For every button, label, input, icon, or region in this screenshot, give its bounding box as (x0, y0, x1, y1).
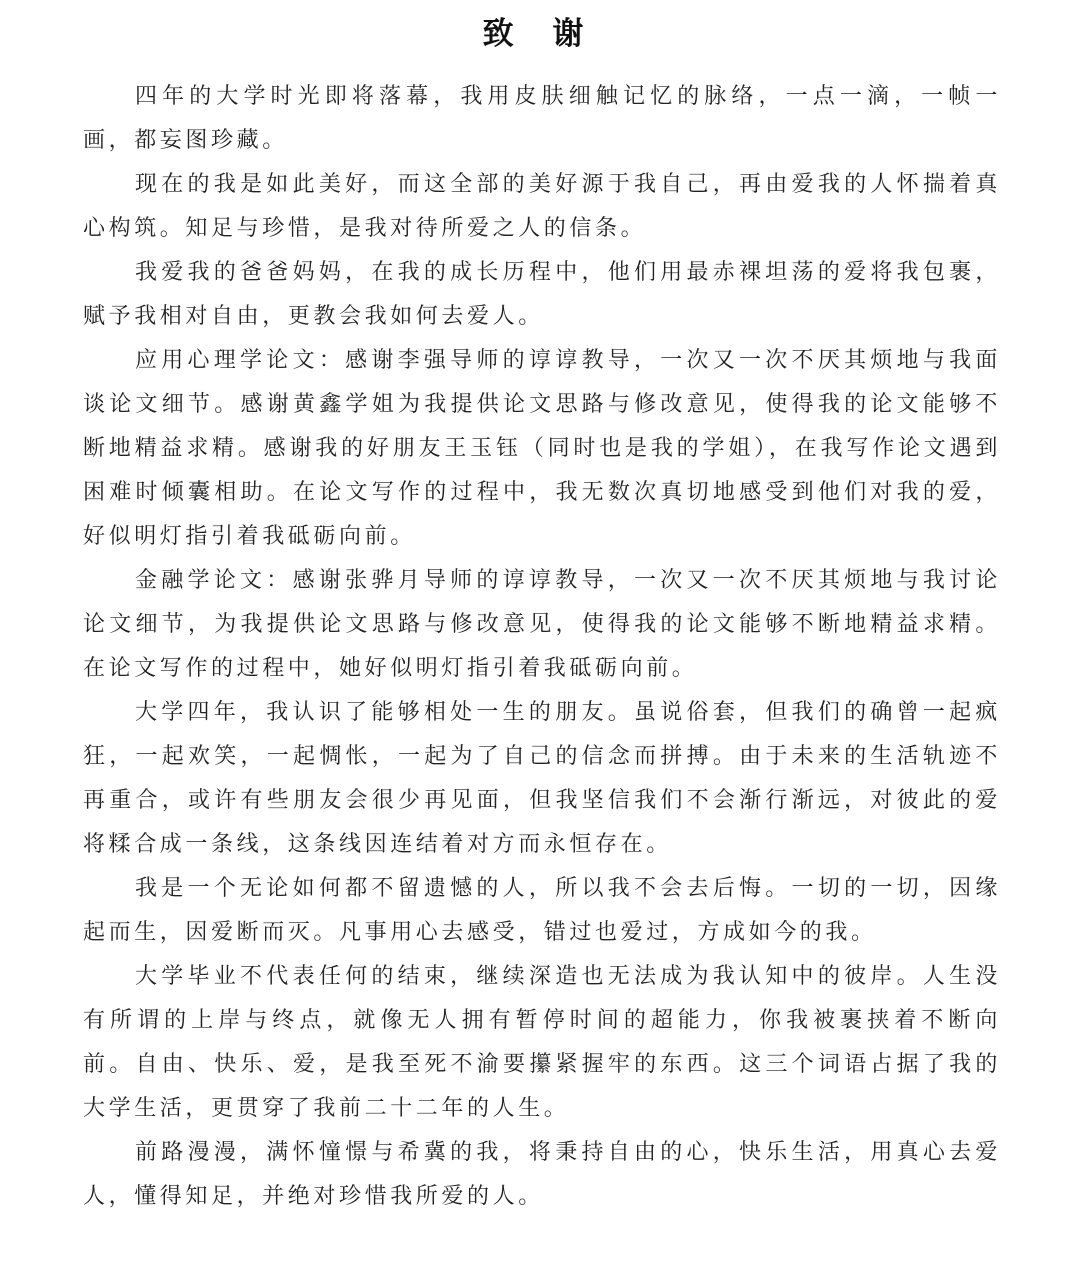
paragraph-no-regrets: 我是一个无论如何都不留遗憾的人，所以我不会去后悔。一切的一切，因缘起而生，因爱断… (83, 867, 1001, 955)
acknowledgement-body: 四年的大学时光即将落幕，我用皮肤细触记忆的脉络，一点一滴，一帧一画，都妄图珍藏。… (83, 75, 1001, 1219)
paragraph-self: 现在的我是如此美好，而这全部的美好源于我自己，再由爱我的人怀揣着真心构筑。知足与… (83, 163, 1001, 251)
paragraph-friends: 大学四年，我认识了能够相处一生的朋友。虽说俗套，但我们的确曾一起疯狂，一起欢笑，… (83, 691, 1001, 867)
paragraph-farewell: 四年的大学时光即将落幕，我用皮肤细触记忆的脉络，一点一滴，一帧一画，都妄图珍藏。 (83, 75, 1001, 163)
paragraph-future: 前路漫漫，满怀憧憬与希冀的我，将秉持自由的心，快乐生活，用真心去爱人，懂得知足，… (83, 1131, 1001, 1219)
paragraph-finance-thesis: 金融学论文：感谢张骅月导师的谆谆教导，一次又一次不厌其烦地与我讨论论文细节，为我… (83, 559, 1001, 691)
paragraph-graduation: 大学毕业不代表任何的结束，继续深造也无法成为我认知中的彼岸。人生没有所谓的上岸与… (83, 955, 1001, 1131)
document-page: 致 谢 四年的大学时光即将落幕，我用皮肤细触记忆的脉络，一点一滴，一帧一画，都妄… (0, 0, 1080, 1266)
paragraph-parents: 我爱我的爸爸妈妈，在我的成长历程中，他们用最赤裸坦荡的爱将我包裹，赋予我相对自由… (83, 251, 1001, 339)
paragraph-psychology-thesis: 应用心理学论文：感谢李强导师的谆谆教导，一次又一次不厌其烦地与我面谈论文细节。感… (83, 339, 1001, 559)
page-title: 致 谢 (0, 12, 1080, 56)
